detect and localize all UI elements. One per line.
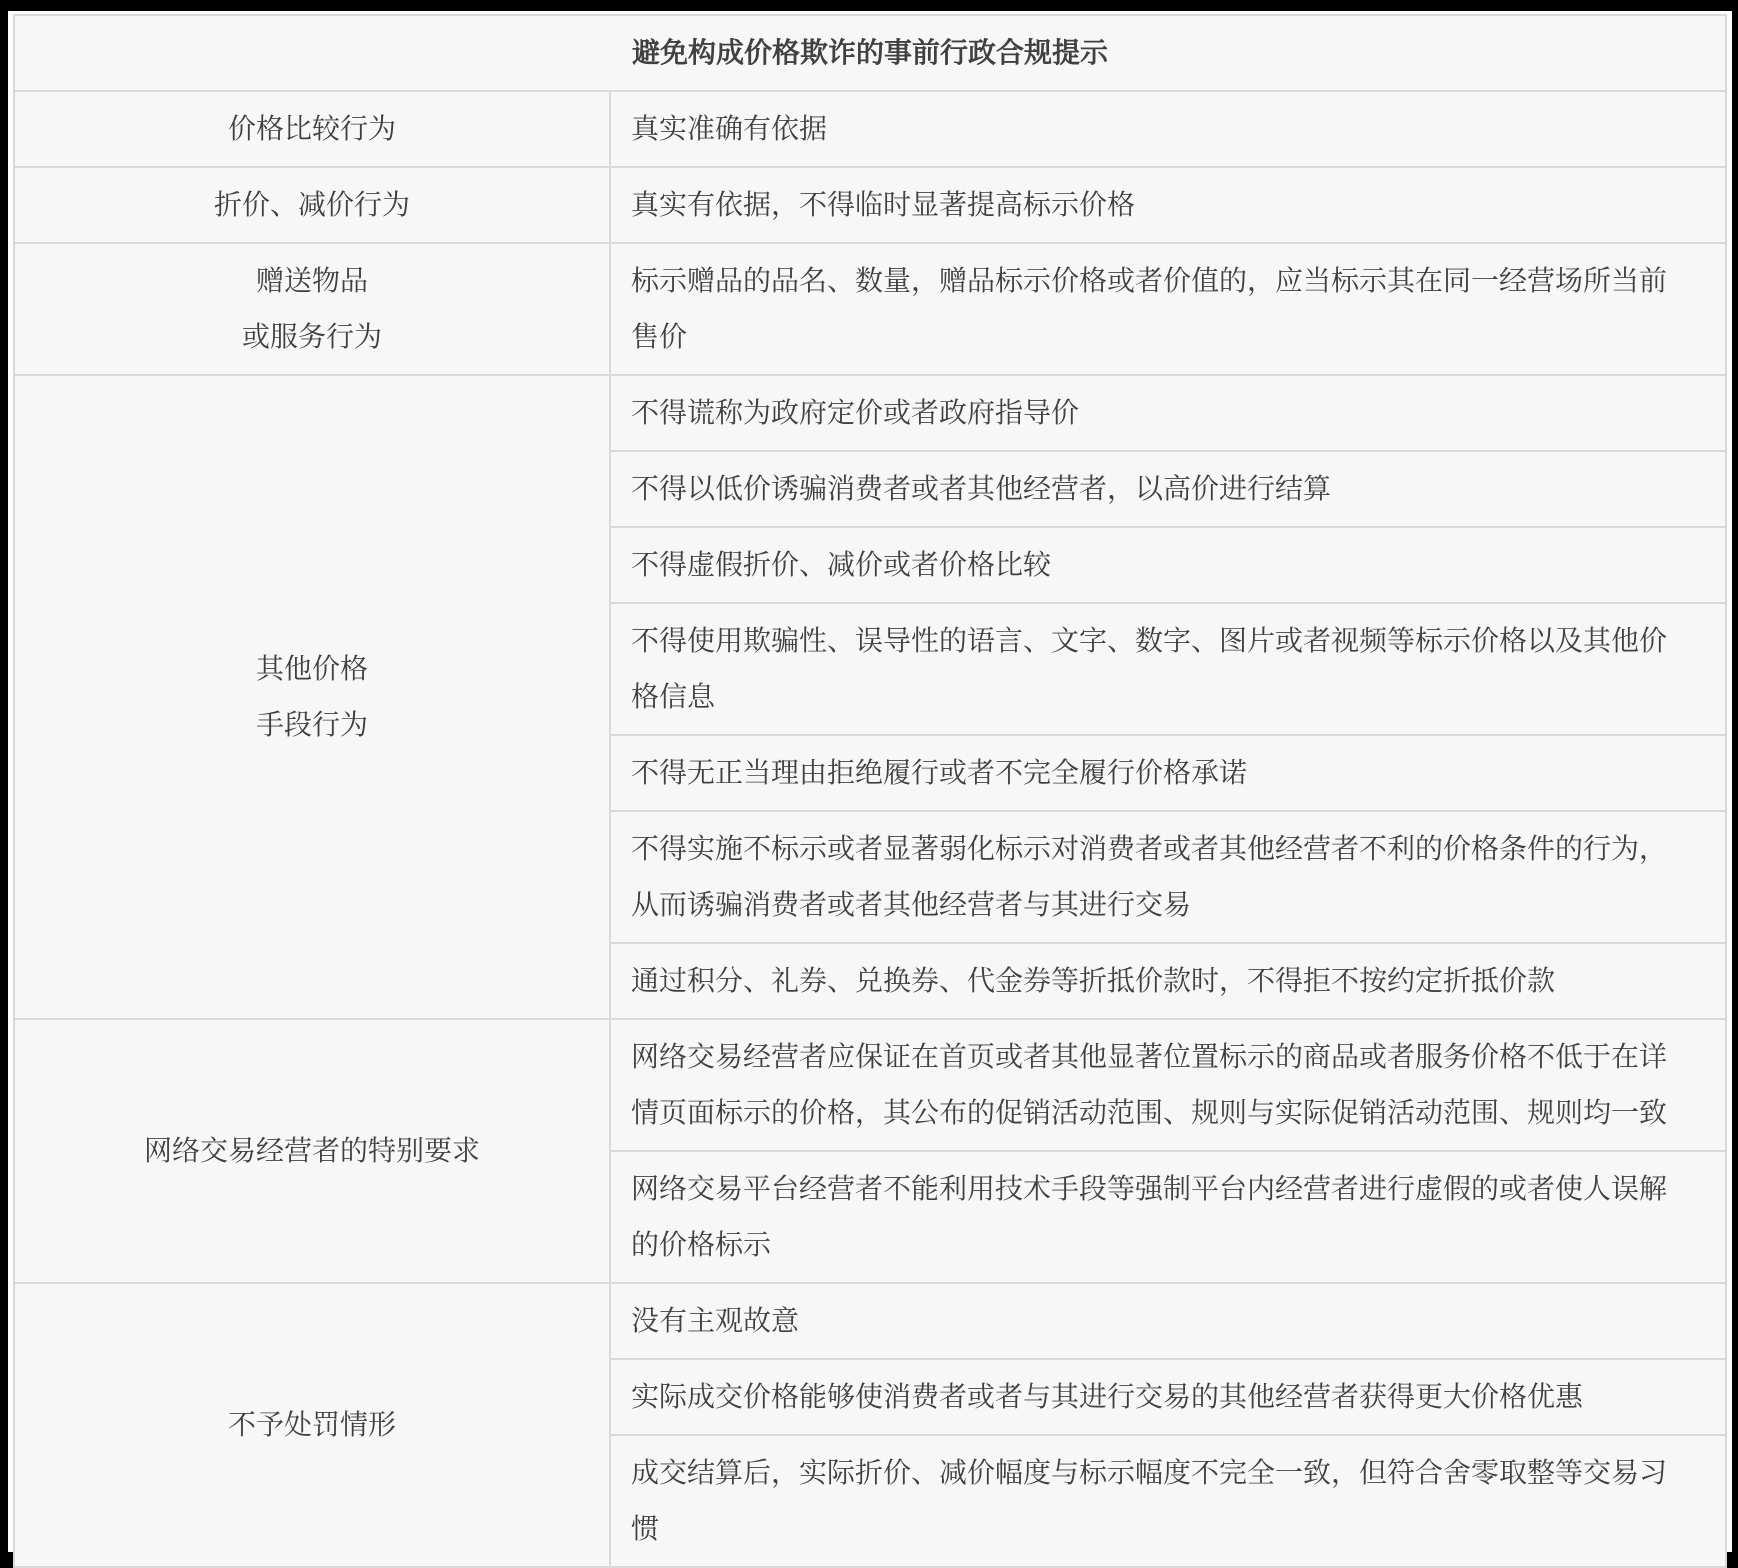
category-cell: 折价、减价行为 <box>14 167 610 243</box>
table-row: 赠送物品 或服务行为 标示赠品的品名、数量，赠品标示价格或者价值的，应当标示其在… <box>14 243 1726 375</box>
detail-cell: 不得实施不标示或者显著弱化标示对消费者或者其他经营者不利的价格条件的行为，从而诱… <box>610 811 1726 943</box>
category-cell: 不予处罚情形 <box>14 1283 610 1567</box>
category-cell: 网络交易经营者的特别要求 <box>14 1019 610 1283</box>
table-title: 避免构成价格欺诈的事前行政合规提示 <box>14 15 1726 91</box>
detail-cell: 不得以低价诱骗消费者或者其他经营者，以高价进行结算 <box>610 451 1726 527</box>
detail-cell: 不得谎称为政府定价或者政府指导价 <box>610 375 1726 451</box>
category-label: 不予处罚情形 <box>228 1397 396 1453</box>
category-label: 赠送物品 或服务行为 <box>242 253 382 365</box>
category-cell: 其他价格 手段行为 <box>14 375 610 1019</box>
category-cell: 价格比较行为 <box>14 91 610 167</box>
table-row: 避免构成价格欺诈的事前行政合规提示 <box>14 15 1726 91</box>
table-row: 价格比较行为 真实准确有依据 <box>14 91 1726 167</box>
detail-cell: 通过积分、礼券、兑换券、代金券等折抵价款时，不得拒不按约定折抵价款 <box>610 943 1726 1019</box>
detail-cell: 标示赠品的品名、数量，赠品标示价格或者价值的，应当标示其在同一经营场所当前售价 <box>610 243 1726 375</box>
page-sheet: 避免构成价格欺诈的事前行政合规提示 价格比较行为 真实准确有依据 折价、减价行为… <box>8 11 1732 1552</box>
detail-cell: 不得使用欺骗性、误导性的语言、文字、数字、图片或者视频等标示价格以及其他价格信息 <box>610 603 1726 735</box>
detail-cell: 实际成交价格能够使消费者或者与其进行交易的其他经营者获得更大价格优惠 <box>610 1359 1726 1435</box>
category-label: 其他价格 手段行为 <box>256 641 368 753</box>
detail-cell: 真实准确有依据 <box>610 91 1726 167</box>
category-cell: 赠送物品 或服务行为 <box>14 243 610 375</box>
table-row: 其他价格 手段行为 不得谎称为政府定价或者政府指导价 <box>14 375 1726 451</box>
category-label: 价格比较行为 <box>228 101 396 157</box>
detail-cell: 不得虚假折价、减价或者价格比较 <box>610 527 1726 603</box>
detail-cell: 网络交易经营者应保证在首页或者其他显著位置标示的商品或者服务价格不低于在详情页面… <box>610 1019 1726 1151</box>
table-row: 网络交易经营者的特别要求 网络交易经营者应保证在首页或者其他显著位置标示的商品或… <box>14 1019 1726 1151</box>
compliance-table: 避免构成价格欺诈的事前行政合规提示 价格比较行为 真实准确有依据 折价、减价行为… <box>13 14 1727 1568</box>
detail-cell: 网络交易平台经营者不能利用技术手段等强制平台内经营者进行虚假的或者使人误解的价格… <box>610 1151 1726 1283</box>
category-label: 折价、减价行为 <box>214 177 410 233</box>
category-label: 网络交易经营者的特别要求 <box>144 1123 480 1179</box>
detail-cell: 真实有依据，不得临时显著提高标示价格 <box>610 167 1726 243</box>
table-row: 折价、减价行为 真实有依据，不得临时显著提高标示价格 <box>14 167 1726 243</box>
detail-cell: 没有主观故意 <box>610 1283 1726 1359</box>
detail-cell: 成交结算后，实际折价、减价幅度与标示幅度不完全一致，但符合舍零取整等交易习惯 <box>610 1435 1726 1567</box>
detail-cell: 不得无正当理由拒绝履行或者不完全履行价格承诺 <box>610 735 1726 811</box>
table-row: 不予处罚情形 没有主观故意 <box>14 1283 1726 1359</box>
